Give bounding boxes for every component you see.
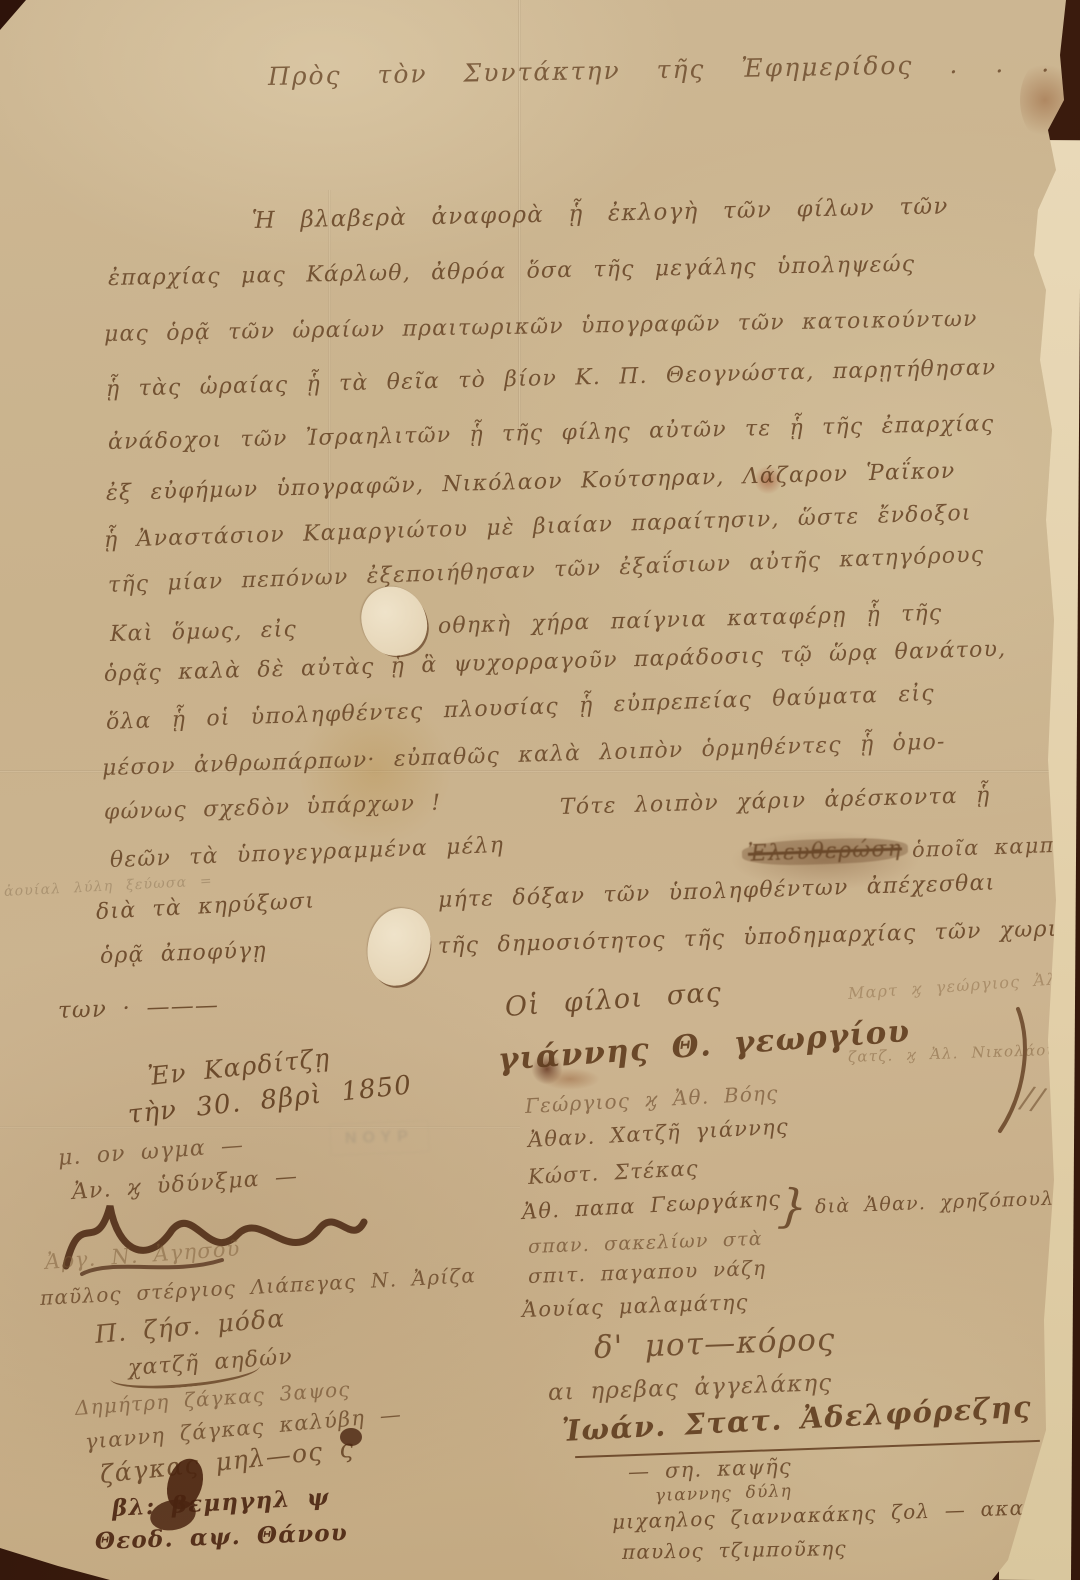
paragraph-end-dash: των · ——— [58,992,220,1024]
handwritten-line: Τότε λοιπὸν χάριν ἀρέσκοντα ᾗ [560,783,991,820]
paper-hole [354,579,433,662]
handwritten-line: μήτε δόξαν τῶν ὑποληφθέντων ἀπέχεσθαι [438,870,996,913]
paper-hole [363,904,435,990]
handwritten-line: τῆς δημοσιότητος τῆς ὑποδημαρχίας τῶν χω… [438,916,1077,959]
handwritten-line: Καὶ ὅμως, εἰς [110,617,298,647]
signature: Ἀθ. παπα Γεωργάκης [521,1186,781,1224]
handwritten-line: διὰ τὰ κηρύξωσι [95,889,315,925]
handwritten-line: ἀνάδοχοι τῶν Ἰσραηλιτῶν ᾗ τῆς φίλης αὐτῶ… [108,411,995,455]
handwritten-line: τῆς μίαν πεπόνων ἐξεποιήθησαν τῶν ἐξαΐσι… [108,542,985,598]
document-title: Πρὸς τὸν Συντάκτην τῆς Ἐφημερίδος . . . … [268,48,1080,91]
handwritten-line: θεῶν τὰ ὑπογεγραμμένα μέλη [110,833,505,873]
handwritten-line: Ἡ βλαβερὰ ἀναφορὰ ᾗ ἐκλογὴ τῶν φίλων τῶν [252,193,949,234]
signature: Π. ζήσ. μόδα [94,1303,287,1349]
handwritten-line: ὁρᾷς καλὰ δὲ αὐτὰς ᾗ ἃ ψυχορραγοῦν παράδ… [104,637,1007,687]
signature: Κώστ. Στέκας [527,1156,699,1189]
handwritten-line: ὁρᾷ ἀποφύγῃ [100,938,268,969]
signature: γιαννης δύλη [655,1481,793,1506]
handwritten-line: μέσον ἀνθρωπάρπων· εὐπαθῶς καλὰ λοιπὸν ὁ… [102,729,946,780]
handwritten-line: ἐπαρχίας μας Κάρλωθ, ἀθρόα ὅσα τῆς μεγάλ… [108,252,916,291]
handwritten-line: φώνως σχεδὸν ὑπάρχων ! [104,791,442,825]
pen-stroke: ∕∕ [1020,1080,1047,1118]
signature: Ἀουίας μαλαμάτης [522,1290,749,1322]
signature: Γεώργιος ϗ Ἀθ. Βόης [524,1081,779,1118]
handwritten-line: ὅλα ᾗ οἱ ὑποληφθέντες πλουσίας ᾗ εὐπρεπε… [106,681,936,735]
signature: — ση. καψῆς [628,1454,793,1484]
closing-salutation: Οἱ φίλοι σας [504,977,723,1023]
handwritten-line: ᾗ Ἀναστάσιον Καμαργιώτου μὲ βιαίαν παραί… [104,501,972,553]
proxy-note: διὰ Ἀθαν. χρηζόπουλον [815,1187,1080,1218]
handwritten-line: μας ὁρᾷ τῶν ὡραίων πραιτωρικῶν ὑπογραφῶν… [104,307,978,347]
signature: αι ηρεβας ἀγγελάκης [548,1370,833,1406]
signature: μ. ον ωγμα — [57,1133,245,1171]
struck-out-word: Ἐλευθερώση [742,836,909,867]
handwritten-line: ἐξ εὐφήμων ὑπογραφῶν, Νικόλαον Κούτσηραν… [106,459,956,506]
manuscript-page: Πρὸς τὸν Συντάκτην τῆς Ἐφημερίδος . . . … [0,0,1080,1580]
handwritten-line: ᾗ τὰς ὡραίας ᾗ τὰ θεῖα τὸ βίον Κ. Π. Θεο… [106,355,997,402]
handwritten-line: οθηκὴ χήρα παίγνια καταφέρῃ ᾗ τῆς [438,601,943,639]
brace-mark: } [776,1178,810,1234]
signature: σπιτ. παγαπου νάζη [528,1256,767,1288]
photograph-of-manuscript: Πρὸς τὸν Συντάκτην τῆς Ἐφημερίδος . . . … [0,0,1080,1580]
signature: Ἀθαν. Χατζῆ γιάννης [527,1114,789,1152]
fold-crease-horizontal [0,1126,520,1129]
signature: σπαν. σακελίων στὰ [528,1228,763,1258]
signature: δ' μοτ—κόρος [593,1322,836,1366]
signature: γιάννης Θ. γεωργίου [497,1013,912,1078]
faint-annotation: Μαρτ ϗ γεώργιος Ἀλέτης [847,967,1080,1003]
signature: βλ: βεμηγηλ ψ [111,1484,330,1522]
signature: παυλος τζιμποῦκης [622,1536,847,1564]
faint-stamp: ΝΟΥΡ [329,1120,429,1155]
signature: Θεοδ. αψ. Θάνου [95,1519,349,1555]
